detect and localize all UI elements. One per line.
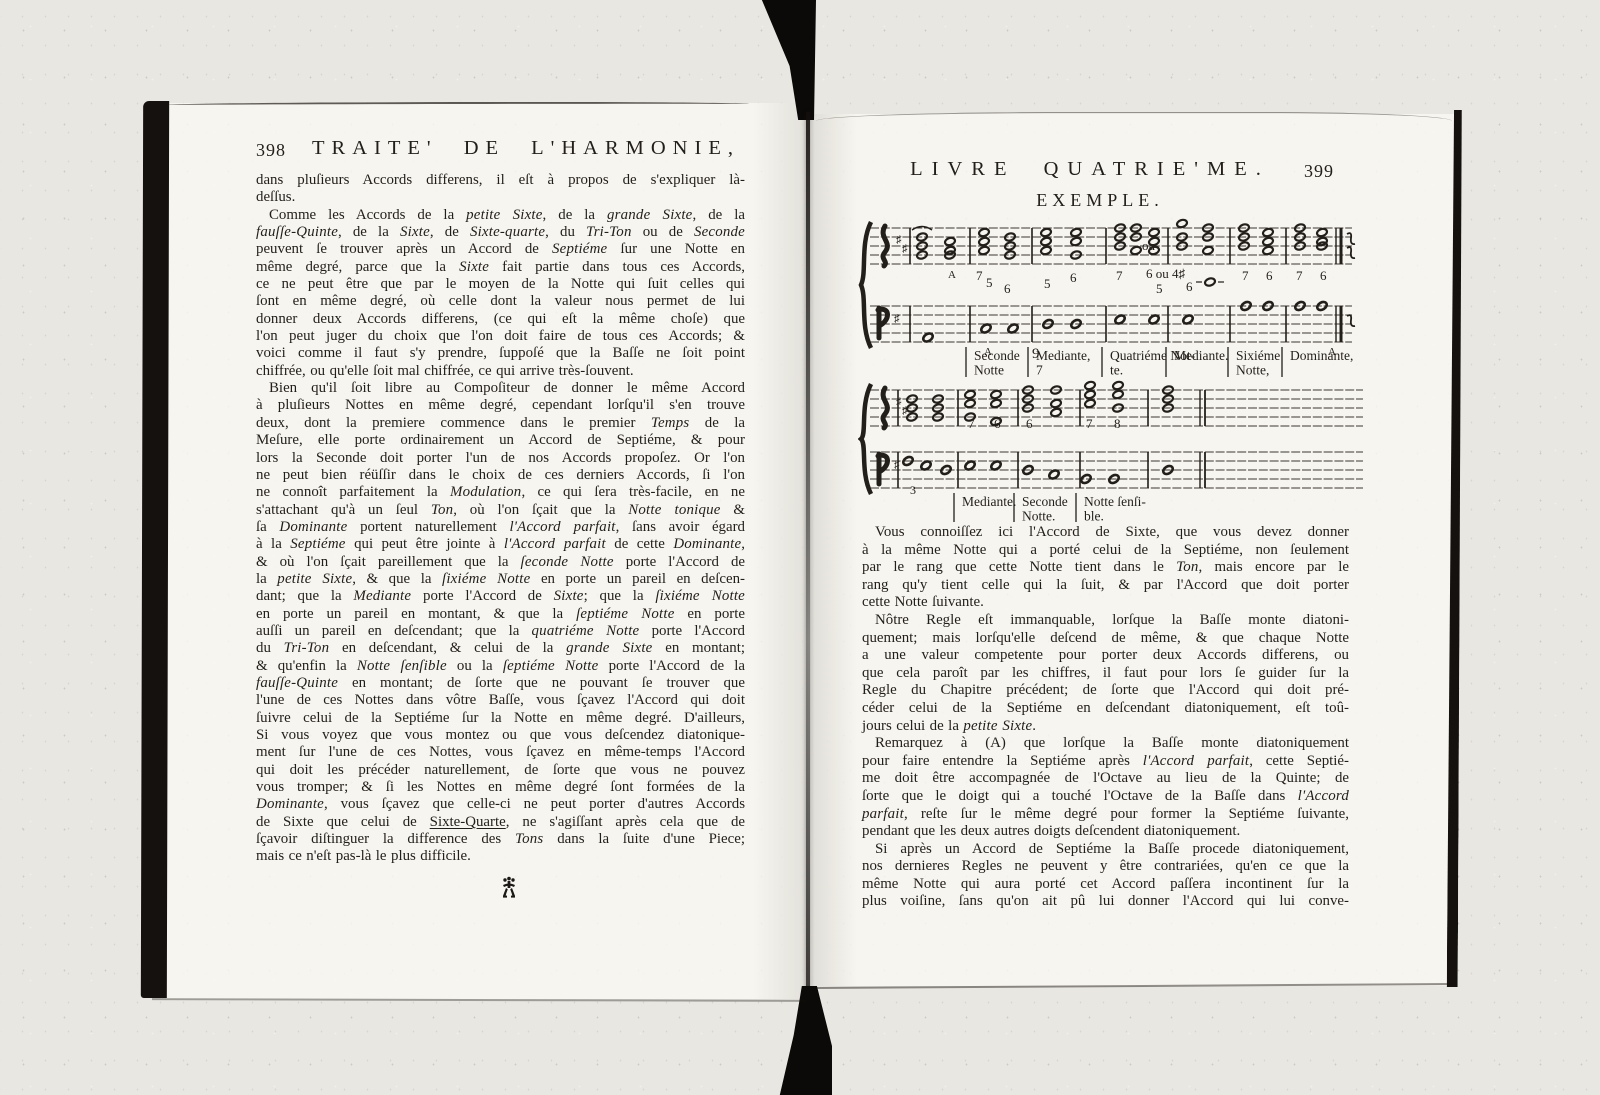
svg-text:6: 6 bbox=[1070, 270, 1077, 285]
text-line: deux, dont la premiere commence dans le … bbox=[256, 415, 745, 432]
text-line: chiffrée, ou qu'elle ſoit mal chiffrée, … bbox=[256, 363, 745, 380]
svg-text:7: 7 bbox=[968, 416, 975, 431]
svg-text:7: 7 bbox=[1116, 268, 1123, 283]
svg-text:SecondeNotte.: SecondeNotte. bbox=[1022, 494, 1068, 522]
svg-text:Mediante,7: Mediante,7 bbox=[1036, 348, 1090, 378]
page-number-left: 398 bbox=[256, 140, 286, 161]
text-line: mais ce n'eſt pas-là le plus difficile. bbox=[256, 848, 745, 865]
text-line: la petite Sixte, & que la ſixiéme Notte … bbox=[256, 571, 745, 588]
text-line: lors la Seconde doit porter l'un de nos … bbox=[256, 450, 745, 467]
text-line: à la Septiéme qui peut être jointe à l'A… bbox=[256, 536, 745, 553]
text-line: dant; que la Mediante porte l'Accord de … bbox=[256, 588, 745, 605]
text-line: parfait, reſte ſur le même degré pour fo… bbox=[862, 806, 1349, 824]
text-line: pendant que les deux autres doigts deſce… bbox=[862, 823, 1349, 841]
svg-text:6: 6 bbox=[1026, 416, 1033, 431]
svg-text:♯: ♯ bbox=[894, 313, 900, 325]
svg-text:A: A bbox=[948, 269, 956, 281]
text-line: voici comme il faut s'y prendre, ſuppoſé… bbox=[256, 345, 745, 362]
svg-text:6: 6 bbox=[1004, 281, 1011, 296]
printer-ornament-icon bbox=[499, 876, 519, 898]
text-line: quement; mais lorſqu'elle deſcend de mêm… bbox=[862, 630, 1349, 648]
svg-text:6: 6 bbox=[994, 416, 1001, 431]
page-left-bottom-edge bbox=[152, 998, 806, 1002]
text-line: même Notte qui aura porté cet Accord paſ… bbox=[862, 876, 1349, 894]
svg-text:5: 5 bbox=[986, 275, 993, 290]
music-example-system-2: ♯♯♯766783Mediante.SecondeNotte.Notte ſen… bbox=[858, 380, 1366, 522]
svg-text:7: 7 bbox=[976, 268, 983, 283]
text-line: par le rang que cette Notte tient dans l… bbox=[862, 559, 1349, 577]
text-line: ne connoît parfaitement la Modulation, c… bbox=[256, 484, 745, 501]
text-line: Si après un Accord de Septiéme la Baſſe … bbox=[862, 841, 1349, 859]
text-line: de Sixte que celui de Sixte-Quarte, ne s… bbox=[256, 814, 745, 831]
text-line: que cela paroît par les chiffres, il fau… bbox=[862, 665, 1349, 683]
spine-shadow-top bbox=[750, 0, 816, 120]
svg-text:SixiémeNotte,: SixiémeNotte, bbox=[1236, 348, 1280, 378]
svg-text:8: 8 bbox=[1114, 416, 1121, 431]
svg-text:Mediante.: Mediante. bbox=[962, 494, 1016, 509]
text-line: deſſus. bbox=[256, 189, 745, 206]
text-line: ſorte que le doigt qui a touché l'Octave… bbox=[862, 788, 1349, 806]
svg-text:5: 5 bbox=[1044, 276, 1051, 291]
text-line: rang qu'y tient celle qui la ſuit, & par… bbox=[862, 577, 1349, 595]
svg-text:7: 7 bbox=[1242, 268, 1249, 283]
text-line: Bien qu'il ſoit libre au Compoſiteur de … bbox=[256, 380, 745, 397]
body-text-right: Vous connoiſſez ici l'Accord de Sixte, q… bbox=[862, 524, 1349, 911]
text-line: à la même Notte qui a porté celui de la … bbox=[862, 542, 1349, 560]
spine-shadow-bottom bbox=[774, 986, 832, 1095]
text-line: plus voiſine, ſans qu'on ait pû lui donn… bbox=[862, 893, 1349, 911]
book-scan: 398 TRAITE' DE L'HARMONIE, LIVRE QUATRIE… bbox=[0, 0, 1600, 1095]
page-left-black-edge bbox=[141, 101, 169, 998]
text-line: Comme les Accords de la petite Sixte, de… bbox=[256, 207, 745, 224]
text-line: dans pluſieurs Accords differens, il eſt… bbox=[256, 172, 745, 189]
running-title-right: LIVRE QUATRIE'ME. bbox=[880, 158, 1300, 181]
svg-text:SecondeNotte: SecondeNotte bbox=[974, 348, 1020, 378]
text-line: à pluſieurs Nottes en même degré, cepend… bbox=[256, 397, 745, 414]
text-line: qui doit les précéder naturellement, de … bbox=[256, 762, 745, 779]
text-line: pour faire entendre la Septiéme après l'… bbox=[862, 753, 1349, 771]
text-line: Nôtre Regle eſt immanquable, lorſque la … bbox=[862, 612, 1349, 630]
svg-text:6: 6 bbox=[1186, 279, 1193, 294]
text-line: & qu'enfin la Notte ſenſible ou la ſepti… bbox=[256, 658, 745, 675]
text-line: fauſſe-Quinte, de la Sixte, de Sixte-qua… bbox=[256, 224, 745, 241]
text-line: & où l'on ſçait pareillement que la ſeco… bbox=[256, 554, 745, 571]
text-line: l'on peut juger du choix que l'on doit f… bbox=[256, 328, 745, 345]
svg-text:6 ou 4♯: 6 ou 4♯ bbox=[1146, 266, 1185, 281]
page-right-top-edge bbox=[816, 112, 1452, 121]
svg-text:♯: ♯ bbox=[902, 243, 908, 255]
spine-gutter-line bbox=[806, 112, 810, 994]
text-line: céder celui de la Septiéme en deſcendant… bbox=[862, 700, 1349, 718]
running-title-left: TRAITE' DE L'HARMONIE, bbox=[300, 137, 752, 160]
text-line: ſçavoir diſtinguer la difference des Ton… bbox=[256, 831, 745, 848]
text-line: ſont en même degré, où celle dont la val… bbox=[256, 293, 745, 310]
svg-text:Notte ſenſi-ble.: Notte ſenſi-ble. bbox=[1084, 494, 1146, 522]
text-line: jours celui de la petite Sixte. bbox=[862, 718, 1349, 736]
music-example-system-1: ♯♯♯7565676 ou 4♯567676ouAAA9SecondeNotte… bbox=[858, 214, 1366, 380]
svg-text:7: 7 bbox=[1296, 268, 1303, 283]
text-line: même degré, parce que la Sixte fait part… bbox=[256, 259, 745, 276]
page-number-right: 399 bbox=[1304, 161, 1334, 182]
example-heading: EXEMPLE. bbox=[950, 190, 1250, 211]
svg-text:6: 6 bbox=[1320, 268, 1327, 283]
text-line: Dominante, vous ſçavez que celle-ci ne p… bbox=[256, 796, 745, 813]
text-line: ſuivre celui de la Septiéme ſur la Notte… bbox=[256, 710, 745, 727]
text-line: donner deux Accords differens, (ce qui e… bbox=[256, 311, 745, 328]
text-line: cette Notte ſuivante. bbox=[862, 594, 1349, 612]
text-line: s'attachant qu'à un ſeul Ton, où l'on ſç… bbox=[256, 502, 745, 519]
svg-text:♯: ♯ bbox=[894, 459, 900, 471]
svg-text:7: 7 bbox=[1086, 416, 1093, 431]
text-line: Regle du Chapitre précédent; de ſorte qu… bbox=[862, 682, 1349, 700]
text-line: auſſi un pareil en deſcendant; que la qu… bbox=[256, 623, 745, 640]
text-line: du Tri-Ton en deſcendant, & celui de la … bbox=[256, 640, 745, 657]
text-line: peuvent ſe trouver après un Accord de Se… bbox=[256, 241, 745, 258]
svg-text:ou: ou bbox=[1142, 238, 1156, 253]
text-line: a une valeur competente pour porter deux… bbox=[862, 647, 1349, 665]
text-line: fauſſe-Quinte en montant; de ſorte que n… bbox=[256, 675, 745, 692]
text-line: ne peut bien réüſſir dans le choix de ce… bbox=[256, 467, 745, 484]
text-line: Si vous voyez que vous montez ou que vou… bbox=[256, 727, 745, 744]
text-line: vous tromper; & ſi les Nottes en même de… bbox=[256, 779, 745, 796]
text-line: Vous connoiſſez ici l'Accord de Sixte, q… bbox=[862, 524, 1349, 542]
text-line: nos dernieres Regles ne peuvent y être c… bbox=[862, 858, 1349, 876]
body-text-left: dans pluſieurs Accords differens, il eſt… bbox=[256, 172, 745, 866]
text-line: me doit être accompagnée de l'Octave au … bbox=[862, 770, 1349, 788]
svg-text:Dominante,: Dominante, bbox=[1290, 348, 1353, 363]
text-line: Remarquez à (A) que lorſque la Baſſe mon… bbox=[862, 735, 1349, 753]
text-line: ce ne peut être que par le moyen de la N… bbox=[256, 276, 745, 293]
text-line: l'une de ces Nottes dans vôtre Baſſe, vo… bbox=[256, 692, 745, 709]
text-line: ſa Dominante portent naturellement l'Acc… bbox=[256, 519, 745, 536]
svg-text:3: 3 bbox=[910, 483, 916, 497]
text-line: Meſure, elle porte ordinairement un Acco… bbox=[256, 432, 745, 449]
text-line: en porte un pareil en montant, & que la … bbox=[256, 606, 745, 623]
svg-text:6: 6 bbox=[1266, 268, 1273, 283]
svg-text:5: 5 bbox=[1156, 281, 1163, 296]
svg-text:Mediante.: Mediante. bbox=[1174, 348, 1228, 363]
text-line: ment ſur l'une de ces Nottes, vous ſçave… bbox=[256, 744, 745, 761]
